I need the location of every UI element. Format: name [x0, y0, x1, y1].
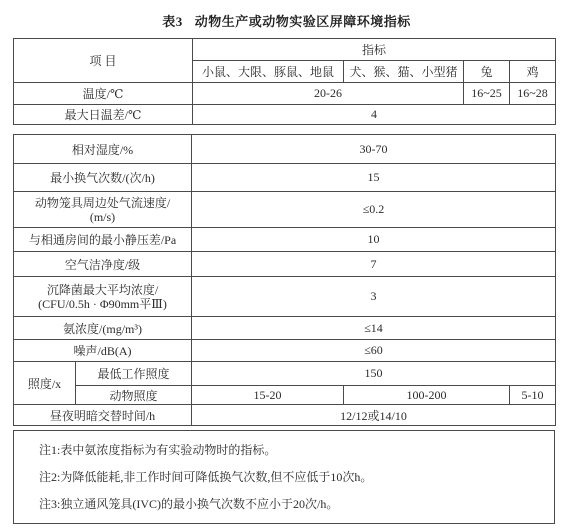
- table-number: 表3: [162, 14, 183, 29]
- illuminance-group-label: 照度/x: [14, 362, 76, 405]
- row-value-chicken: 5-10: [510, 386, 556, 405]
- row-label: 最低工作照度: [76, 362, 192, 386]
- row-value-rabbit: 16~25: [464, 83, 510, 105]
- env-indicator-main-table: 相对湿度/% 30-70 最小换气次数/(次/h) 15 动物笼具周边处气流速度…: [13, 134, 556, 426]
- row-value: 20-26: [193, 83, 464, 105]
- row-value: ≤14: [192, 317, 556, 340]
- header-group-large-animals: 犬、猴、猫、小型猪: [344, 61, 464, 83]
- row-label: 空气洁净度/级: [14, 252, 192, 277]
- table-row-static-pressure: 与相通房间的最小静压差/Pa 10: [14, 228, 556, 252]
- row-label: 最小换气次数/(次/h): [14, 164, 192, 192]
- row-value: 7: [192, 252, 556, 277]
- table-title: 表3动物生产或动物实验区屏障环境指标: [0, 0, 573, 30]
- row-label: 噪声/dB(A): [14, 340, 192, 362]
- table-row-air-cleanliness: 空气洁净度/级 7: [14, 252, 556, 277]
- note-1: 注1:表中氨浓度指标为有实验动物时的指标。: [39, 441, 544, 459]
- row-label: 动物照度: [76, 386, 192, 405]
- row-value-rodents: 15-20: [192, 386, 344, 405]
- row-label: 相对湿度/%: [14, 135, 192, 164]
- row-label: 动物笼具周边处气流速度/ (m/s): [14, 192, 192, 228]
- table-row-noise: 噪声/dB(A) ≤60: [14, 340, 556, 362]
- row-label-line1: 沉降菌最大平均浓度/: [14, 283, 191, 297]
- header-item-cell: 项 目: [14, 39, 193, 83]
- row-value: 3: [192, 277, 556, 317]
- table-row-temperature: 温度/℃ 20-26 16~25 16~28: [14, 83, 556, 105]
- row-value: ≤0.2: [192, 192, 556, 228]
- row-value: ≤60: [192, 340, 556, 362]
- table-row-humidity: 相对湿度/% 30-70: [14, 135, 556, 164]
- table-row-max-daily-temp-diff: 最大日温差/℃ 4: [14, 105, 556, 125]
- note-3: 注3:独立通风笼具(IVC)的最小换气次数不应小于20次/h。: [39, 495, 544, 513]
- row-label: 温度/℃: [14, 83, 193, 105]
- env-indicator-header-table: 项 目 指标 小鼠、大限、豚鼠、地鼠 犬、猴、猫、小型猪 兔 鸡 温度/℃ 20…: [13, 38, 556, 125]
- row-value: 15: [192, 164, 556, 192]
- table-row: 项 目 指标: [14, 39, 556, 61]
- header-group-chicken: 鸡: [510, 61, 556, 83]
- row-label: 最大日温差/℃: [14, 105, 193, 125]
- row-value-large-animals: 100-200: [344, 386, 510, 405]
- row-value: 10: [192, 228, 556, 252]
- row-value: 150: [192, 362, 556, 386]
- notes-box: 注1:表中氨浓度指标为有实验动物时的指标。 注2:为降低能耗,非工作时间可降低换…: [13, 430, 555, 524]
- row-label: 与相通房间的最小静压差/Pa: [14, 228, 192, 252]
- row-value: 4: [193, 105, 556, 125]
- row-value: 12/12或14/10: [192, 405, 556, 426]
- row-label: 昼夜明暗交替时间/h: [14, 405, 192, 426]
- table-row-settling-bacteria: 沉降菌最大平均浓度/ (CFU/0.5h · Φ90mm平Ⅲ) 3: [14, 277, 556, 317]
- row-label-line2: (CFU/0.5h · Φ90mm平Ⅲ): [14, 297, 191, 311]
- table-row-air-velocity: 动物笼具周边处气流速度/ (m/s) ≤0.2: [14, 192, 556, 228]
- table-title-text: 动物生产或动物实验区屏障环境指标: [195, 14, 411, 29]
- header-indicator-cell: 指标: [193, 39, 556, 61]
- table-row-animal-illuminance: 动物照度 15-20 100-200 5-10: [14, 386, 556, 405]
- row-label: 沉降菌最大平均浓度/ (CFU/0.5h · Φ90mm平Ⅲ): [14, 277, 192, 317]
- row-value: 30-70: [192, 135, 556, 164]
- table-row-air-changes: 最小换气次数/(次/h) 15: [14, 164, 556, 192]
- row-label-line2: (m/s): [14, 210, 191, 224]
- row-label-line1: 动物笼具周边处气流速度/: [14, 196, 191, 210]
- table-row-ammonia: 氨浓度/(mg/m³) ≤14: [14, 317, 556, 340]
- header-group-rabbit: 兔: [464, 61, 510, 83]
- note-2: 注2:为降低能耗,非工作时间可降低换气次数,但不应低于10次h。: [39, 468, 544, 486]
- row-value-chicken: 16~28: [510, 83, 556, 105]
- table-row-light-dark-cycle: 昼夜明暗交替时间/h 12/12或14/10: [14, 405, 556, 426]
- table-row-work-illuminance: 照度/x 最低工作照度 150: [14, 362, 556, 386]
- row-label: 氨浓度/(mg/m³): [14, 317, 192, 340]
- header-group-rodents: 小鼠、大限、豚鼠、地鼠: [193, 61, 344, 83]
